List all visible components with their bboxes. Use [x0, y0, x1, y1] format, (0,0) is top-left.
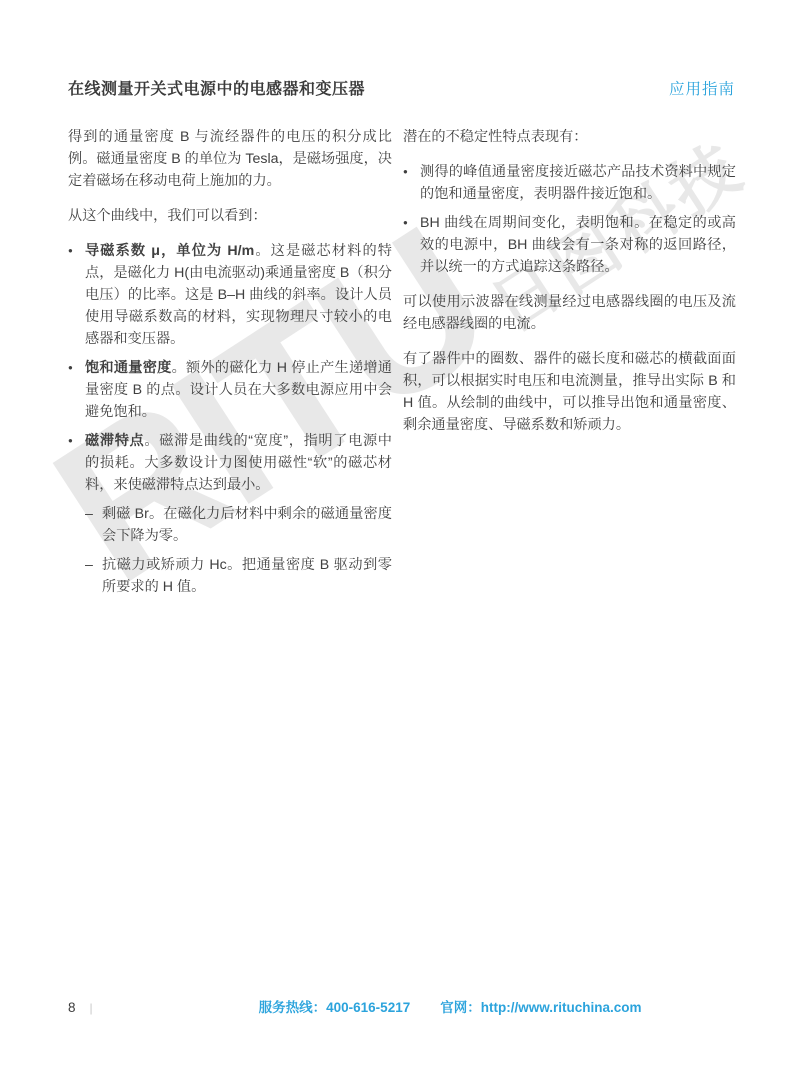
- bullet-term: 饱和通量密度: [85, 360, 172, 376]
- sub-bullet-text: 剩磁 Br。在磁化力后材料中剩余的磁通量密度会下降为零。: [102, 506, 392, 544]
- bullet-text: 测得的峰值通量密度接近磁芯产品技术资料中规定的饱和通量密度，表明器件接近饱和。: [420, 164, 736, 202]
- bullet-term: 导磁系数 μ，单位为 H/m: [85, 243, 254, 259]
- sub-list-item-coercivity: – 抗磁力或矫顽力 Hc。把通量密度 B 驱动到零所要求的 H 值。: [85, 554, 392, 598]
- footer-divider: |: [90, 1001, 93, 1015]
- page-header: 在线测量开关式电源中的电感器和变压器 应用指南: [68, 76, 735, 99]
- list-item-bh-variation: ● BH 曲线在周期间变化，表明饱和。在稳定的或高效的电源中，BH 曲线会有一条…: [403, 212, 736, 278]
- left-column: 得到的通量密度 B 与流经器件的电压的积分成比例。磁通量密度 B 的单位为 Te…: [68, 126, 392, 611]
- bullet-list-left: ● 导磁系数 μ，单位为 H/m。这是磁芯材料的特点，是磁化力 H(由电流驱动)…: [68, 240, 392, 598]
- bullet-text: BH 曲线在周期间变化，表明饱和。在稳定的或高效的电源中，BH 曲线会有一条对称…: [420, 215, 736, 275]
- page-number: 8: [68, 1000, 76, 1015]
- right-column: 潜在的不稳定性特点表现有： ● 测得的峰值通量密度接近磁芯产品技术资料中规定的饱…: [403, 126, 736, 449]
- dash-icon: –: [85, 554, 93, 576]
- page-footer: 8 | 服务热线：400-616-5217 官网：http://www.ritu…: [68, 996, 735, 1016]
- paragraph-instability-intro: 潜在的不稳定性特点表现有：: [403, 126, 736, 148]
- list-item-peak-flux: ● 测得的峰值通量密度接近磁芯产品技术资料中规定的饱和通量密度，表明器件接近饱和…: [403, 161, 736, 205]
- official-website: 官网：http://www.rituchina.com: [440, 996, 641, 1016]
- document-title: 在线测量开关式电源中的电感器和变压器: [68, 76, 365, 99]
- bullet-icon: ●: [68, 430, 73, 452]
- list-item-permeability: ● 导磁系数 μ，单位为 H/m。这是磁芯材料的特点，是磁化力 H(由电流驱动)…: [68, 240, 392, 350]
- bullet-term: 磁滞特点: [85, 433, 144, 449]
- bullet-icon: ●: [68, 357, 73, 379]
- list-item-hysteresis: ● 磁滞特点。磁滞是曲线的“宽度”，指明了电源中的损耗。大多数设计力图使用磁性“…: [68, 430, 392, 598]
- footer-contact: 服务热线：400-616-5217 官网：http://www.rituchin…: [259, 996, 642, 1016]
- bullet-list-right: ● 测得的峰值通量密度接近磁芯产品技术资料中规定的饱和通量密度，表明器件接近饱和…: [403, 161, 736, 278]
- sub-bullet-text: 抗磁力或矫顽力 Hc。把通量密度 B 驱动到零所要求的 H 值。: [102, 557, 392, 595]
- bullet-icon: ●: [403, 161, 408, 183]
- dash-icon: –: [85, 503, 93, 525]
- website-label: 官网：: [440, 1000, 481, 1015]
- paragraph-oscilloscope: 可以使用示波器在线测量经过电感器线圈的电压及流经电感器线圈的电流。: [403, 291, 736, 335]
- bullet-icon: ●: [403, 212, 408, 234]
- sub-list-item-remanence: – 剩磁 Br。在磁化力后材料中剩余的磁通量密度会下降为零。: [85, 503, 392, 547]
- website-url[interactable]: http://www.rituchina.com: [481, 1000, 642, 1015]
- bullet-icon: ●: [68, 240, 73, 262]
- paragraph-curve-intro: 从这个曲线中，我们可以看到：: [68, 205, 392, 227]
- paragraph-flux-density: 得到的通量密度 B 与流经器件的电压的积分成比例。磁通量密度 B 的单位为 Te…: [68, 126, 392, 192]
- document-type-badge: 应用指南: [669, 77, 735, 99]
- list-item-saturation: ● 饱和通量密度。额外的磁化力 H 停止产生递增通量密度 B 的点。设计人员在大…: [68, 357, 392, 423]
- hotline-number: 400-616-5217: [326, 1000, 410, 1015]
- service-hotline: 服务热线：400-616-5217: [259, 996, 411, 1016]
- paragraph-derivation: 有了器件中的圈数、器件的磁长度和磁芯的横截面面积，可以根据实时电压和电流测量，推…: [403, 348, 736, 436]
- hotline-label: 服务热线：: [259, 1000, 327, 1015]
- document-page: RITU 日图科技 在线测量开关式电源中的电感器和变压器 应用指南 得到的通量密…: [0, 0, 793, 1077]
